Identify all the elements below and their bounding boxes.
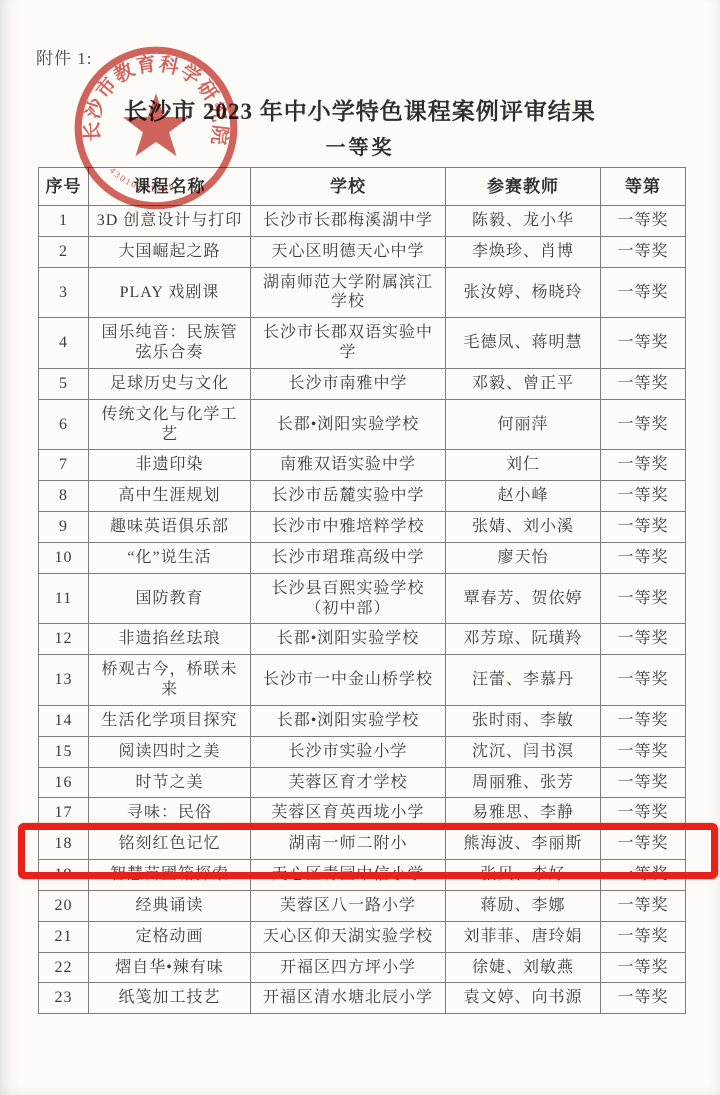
table-row: 21 定格动画 天心区仰天湖实验学校 刘菲菲、唐玲娟 一等奖 [39,921,686,952]
table-row: 8 高中生涯规划 长沙市岳麓实验中学 赵小峰 一等奖 [39,481,686,512]
table-row: 17 寻味：民俗 芙蓉区育英西垅小学 易雅思、李静 一等奖 [39,798,686,829]
cell-award: 一等奖 [601,267,686,318]
cell-course: 纸笺加工技艺 [89,983,251,1014]
cell-teachers: 张时雨、李敏 [446,705,601,736]
cell-no: 7 [39,450,89,481]
column-header-3: 参赛教师 [446,168,601,206]
cell-course: 寻味：民俗 [89,798,251,829]
cell-school: 长沙市实验小学 [251,736,446,767]
cell-school: 芙蓉区育才学校 [251,767,446,798]
cell-teachers: 沈沉、闫书溟 [446,736,601,767]
cell-school: 长郡•浏阳实验学校 [251,624,446,655]
cell-course: 国乐纯音：民族管弦乐合奏 [89,318,251,369]
cell-school: 天心区青园中信小学 [251,860,446,891]
table-row: 11 国防教育 长沙县百熙实验学校（初中部） 覃春芳、贺依婷 一等奖 [39,573,686,624]
cell-no: 21 [39,921,89,952]
table-row: 7 非遗印染 南雅双语实验中学 刘仁 一等奖 [39,450,686,481]
results-table-wrap: 序号课程名称学校参赛教师等第 1 3D 创意设计与打印 长沙市长郡梅溪湖中学 陈… [38,167,685,1014]
cell-no: 8 [39,481,89,512]
cell-no: 13 [39,655,89,706]
cell-no: 22 [39,952,89,983]
cell-school: 开福区四方坪小学 [251,952,446,983]
table-row: 20 经典诵读 芙蓉区八一路小学 蒋励、李娜 一等奖 [39,890,686,921]
table-row: 13 桥观古今，桥联未来 长沙市一中金山桥学校 汪蕾、李慕丹 一等奖 [39,655,686,706]
cell-course: 经典诵读 [89,890,251,921]
cell-award: 一等奖 [601,542,686,573]
cell-no: 3 [39,267,89,318]
cell-teachers: 张婧、刘小溪 [446,512,601,543]
cell-course: 阅读四时之美 [89,736,251,767]
cell-teachers: 刘仁 [446,450,601,481]
cell-course: 3D 创意设计与打印 [89,206,251,237]
cell-teachers: 易雅思、李静 [446,798,601,829]
cell-no: 15 [39,736,89,767]
cell-course: 足球历史与文化 [89,368,251,399]
cell-teachers: 邓毅、曾正平 [446,368,601,399]
table-row: 22 熠自华•辣有味 开福区四方坪小学 徐婕、刘敏燕 一等奖 [39,952,686,983]
cell-course: 生活化学项目探究 [89,705,251,736]
cell-teachers: 张汝婷、杨晓玲 [446,267,601,318]
cell-school: 开福区清水塘北辰小学 [251,983,446,1014]
scanned-document-page: 附件 1: 长沙市教育科学研究院 43010201389 长沙市 2023 年中… [0,0,720,1095]
cell-school: 长沙市中雅培粹学校 [251,512,446,543]
cell-course: 非遗印染 [89,450,251,481]
cell-school: 长沙市南雅中学 [251,368,446,399]
cell-award: 一等奖 [601,860,686,891]
cell-course: 大国崛起之路 [89,236,251,267]
cell-award: 一等奖 [601,450,686,481]
cell-award: 一等奖 [601,573,686,624]
table-row: 4 国乐纯音：民族管弦乐合奏 长沙市长郡双语实验中学 毛德凤、蒋明慧 一等奖 [39,318,686,369]
cell-teachers: 熊海波、李丽斯 [446,829,601,860]
cell-award: 一等奖 [601,829,686,860]
cell-teachers: 陈毅、龙小华 [446,206,601,237]
cell-no: 10 [39,542,89,573]
cell-school: 长郡•浏阳实验学校 [251,399,446,450]
cell-award: 一等奖 [601,767,686,798]
cell-award: 一等奖 [601,624,686,655]
table-row: 12 非遗掐丝珐琅 长郡•浏阳实验学校 邓芳琼、阮璜羚 一等奖 [39,624,686,655]
cell-teachers: 赵小峰 [446,481,601,512]
cell-teachers: 袁文婷、向书源 [446,983,601,1014]
table-row: 23 纸笺加工技艺 开福区清水塘北辰小学 袁文婷、向书源 一等奖 [39,983,686,1014]
cell-course: 定格动画 [89,921,251,952]
column-header-4: 等第 [601,168,686,206]
cell-course: 传统文化与化学工艺 [89,399,251,450]
cell-teachers: 何丽萍 [446,399,601,450]
cell-school: 长沙县百熙实验学校（初中部） [251,573,446,624]
cell-teachers: 李焕珍、肖博 [446,236,601,267]
page-subtitle: 一等奖 [0,131,720,160]
cell-school: 湖南师范大学附属滨江学校 [251,267,446,318]
cell-course: 非遗掐丝珐琅 [89,624,251,655]
cell-no: 1 [39,206,89,237]
attachment-label: 附件 1: [36,44,92,69]
table-row: 3 PLAY 戏剧课 湖南师范大学附属滨江学校 张汝婷、杨晓玲 一等奖 [39,267,686,318]
cell-award: 一等奖 [601,798,686,829]
cell-course: 熠自华•辣有味 [89,952,251,983]
table-row: 16 时节之美 芙蓉区育才学校 周丽雅、张芳 一等奖 [39,767,686,798]
cell-no: 16 [39,767,89,798]
cell-no: 20 [39,890,89,921]
cell-teachers: 刘菲菲、唐玲娟 [446,921,601,952]
cell-course: 国防教育 [89,573,251,624]
cell-no: 18 [39,829,89,860]
cell-course: 桥观古今，桥联未来 [89,655,251,706]
cell-course: “化”说生活 [89,542,251,573]
cell-teachers: 廖天怡 [446,542,601,573]
cell-teachers: 徐婕、刘敏燕 [446,952,601,983]
cell-award: 一等奖 [601,206,686,237]
cell-award: 一等奖 [601,890,686,921]
cell-teachers: 张贝、李好 [446,860,601,891]
cell-award: 一等奖 [601,921,686,952]
cell-award: 一等奖 [601,655,686,706]
cell-school: 天心区仰天湖实验学校 [251,921,446,952]
cell-no: 2 [39,236,89,267]
column-header-0: 序号 [39,168,89,206]
table-row: 6 传统文化与化学工艺 长郡•浏阳实验学校 何丽萍 一等奖 [39,399,686,450]
cell-course: 趣味英语俱乐部 [89,512,251,543]
cell-course: 高中生涯规划 [89,481,251,512]
cell-award: 一等奖 [601,983,686,1014]
column-header-1: 课程名称 [89,168,251,206]
cell-school: 长沙市长郡梅溪湖中学 [251,206,446,237]
page-title: 长沙市 2023 年中小学特色课程案例评审结果 [0,93,720,126]
cell-school: 湖南一师二附小 [251,829,446,860]
cell-teachers: 汪蕾、李慕丹 [446,655,601,706]
table-row: 10 “化”说生活 长沙市珺琟高级中学 廖天怡 一等奖 [39,542,686,573]
cell-school: 天心区明德天心中学 [251,236,446,267]
cell-award: 一等奖 [601,512,686,543]
cell-award: 一等奖 [601,736,686,767]
cell-teachers: 周丽雅、张芳 [446,767,601,798]
cell-no: 4 [39,318,89,369]
cell-course: 时节之美 [89,767,251,798]
cell-school: 长沙市岳麓实验中学 [251,481,446,512]
cell-no: 5 [39,368,89,399]
cell-no: 9 [39,512,89,543]
table-row: 14 生活化学项目探究 长郡•浏阳实验学校 张时雨、李敏 一等奖 [39,705,686,736]
table-row: 18 铭刻红色记忆 湖南一师二附小 熊海波、李丽斯 一等奖 [39,829,686,860]
cell-award: 一等奖 [601,399,686,450]
cell-no: 14 [39,705,89,736]
cell-teachers: 覃春芳、贺依婷 [446,573,601,624]
cell-school: 南雅双语实验中学 [251,450,446,481]
cell-no: 6 [39,399,89,450]
cell-school: 长沙市珺琟高级中学 [251,542,446,573]
cell-school: 芙蓉区育英西垅小学 [251,798,446,829]
table-row: 9 趣味英语俱乐部 长沙市中雅培粹学校 张婧、刘小溪 一等奖 [39,512,686,543]
cell-award: 一等奖 [601,318,686,369]
cell-course: 铭刻红色记忆 [89,829,251,860]
results-table: 序号课程名称学校参赛教师等第 1 3D 创意设计与打印 长沙市长郡梅溪湖中学 陈… [38,167,686,1014]
cell-no: 17 [39,798,89,829]
cell-teachers: 邓芳琼、阮璜羚 [446,624,601,655]
cell-teachers: 蒋励、李娜 [446,890,601,921]
cell-school: 长郡•浏阳实验学校 [251,705,446,736]
cell-award: 一等奖 [601,481,686,512]
cell-course: 智慧苗圃箱探索 [89,860,251,891]
cell-school: 长沙市长郡双语实验中学 [251,318,446,369]
cell-award: 一等奖 [601,705,686,736]
table-row: 2 大国崛起之路 天心区明德天心中学 李焕珍、肖博 一等奖 [39,236,686,267]
cell-no: 12 [39,624,89,655]
cell-no: 23 [39,983,89,1014]
cell-award: 一等奖 [601,952,686,983]
cell-award: 一等奖 [601,368,686,399]
cell-school: 长沙市一中金山桥学校 [251,655,446,706]
cell-school: 芙蓉区八一路小学 [251,890,446,921]
table-row: 19 智慧苗圃箱探索 天心区青园中信小学 张贝、李好 一等奖 [39,860,686,891]
table-header-row: 序号课程名称学校参赛教师等第 [39,168,686,206]
cell-no: 11 [39,573,89,624]
table-row: 1 3D 创意设计与打印 长沙市长郡梅溪湖中学 陈毅、龙小华 一等奖 [39,206,686,237]
table-row: 15 阅读四时之美 长沙市实验小学 沈沉、闫书溟 一等奖 [39,736,686,767]
cell-no: 19 [39,860,89,891]
cell-award: 一等奖 [601,236,686,267]
table-row: 5 足球历史与文化 长沙市南雅中学 邓毅、曾正平 一等奖 [39,368,686,399]
column-header-2: 学校 [251,168,446,206]
cell-course: PLAY 戏剧课 [89,267,251,318]
cell-teachers: 毛德凤、蒋明慧 [446,318,601,369]
